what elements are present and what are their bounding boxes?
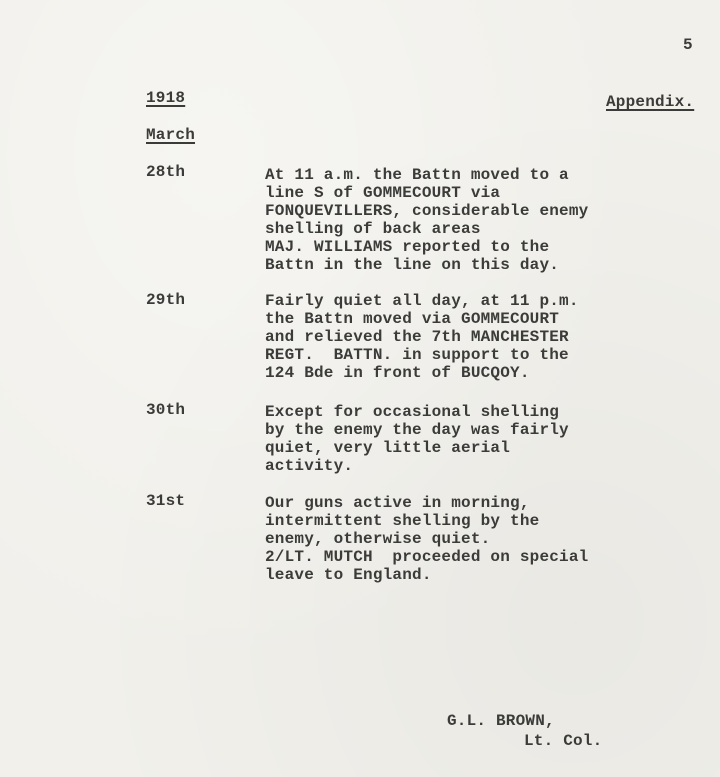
entry-date: 30th — [146, 401, 185, 419]
month-heading: March — [146, 126, 195, 144]
entry-date: 28th — [146, 163, 185, 181]
entry-line: At 11 a.m. the Battn moved to a — [265, 166, 588, 184]
entry-text: Our guns active in morning, intermittent… — [265, 494, 588, 584]
entry-line: the Battn moved via GOMMECOURT — [265, 310, 579, 328]
signature-name: G.L. BROWN, — [447, 712, 555, 730]
entry-line: intermittent shelling by the — [265, 512, 588, 530]
signature-rank: Lt. Col. — [524, 732, 602, 750]
entry-text: At 11 a.m. the Battn moved to a line S o… — [265, 166, 588, 274]
appendix-label: Appendix. — [606, 93, 694, 111]
entry-line: MAJ. WILLIAMS reported to the — [265, 238, 588, 256]
entry-line: 124 Bde in front of BUCQOY. — [265, 364, 579, 382]
page-number: 5 — [683, 36, 693, 54]
entry-line: leave to England. — [265, 566, 588, 584]
entry-line: shelling of back areas — [265, 220, 588, 238]
entry-line: activity. — [265, 457, 569, 475]
entry-line: 2/LT. MUTCH proceeded on special — [265, 548, 588, 566]
entry-line: REGT. BATTN. in support to the — [265, 346, 579, 364]
entry-text: Fairly quiet all day, at 11 p.m. the Bat… — [265, 292, 579, 382]
entry-line: line S of GOMMECOURT via — [265, 184, 588, 202]
entry-line: by the enemy the day was fairly — [265, 421, 569, 439]
entry-date: 29th — [146, 291, 185, 309]
entry-line: Fairly quiet all day, at 11 p.m. — [265, 292, 579, 310]
entry-text: Except for occasional shelling by the en… — [265, 403, 569, 475]
entry-line: Our guns active in morning, — [265, 494, 588, 512]
entry-line: Battn in the line on this day. — [265, 256, 588, 274]
entry-line: Except for occasional shelling — [265, 403, 569, 421]
entry-line: enemy, otherwise quiet. — [265, 530, 588, 548]
year-heading: 1918 — [146, 89, 185, 107]
entry-date: 31st — [146, 492, 185, 510]
document-page: 5 1918 Appendix. March 28th At 11 a.m. t… — [0, 0, 720, 777]
entry-line: quiet, very little aerial — [265, 439, 569, 457]
entry-line: and relieved the 7th MANCHESTER — [265, 328, 579, 346]
entry-line: FONQUEVILLERS, considerable enemy — [265, 202, 588, 220]
